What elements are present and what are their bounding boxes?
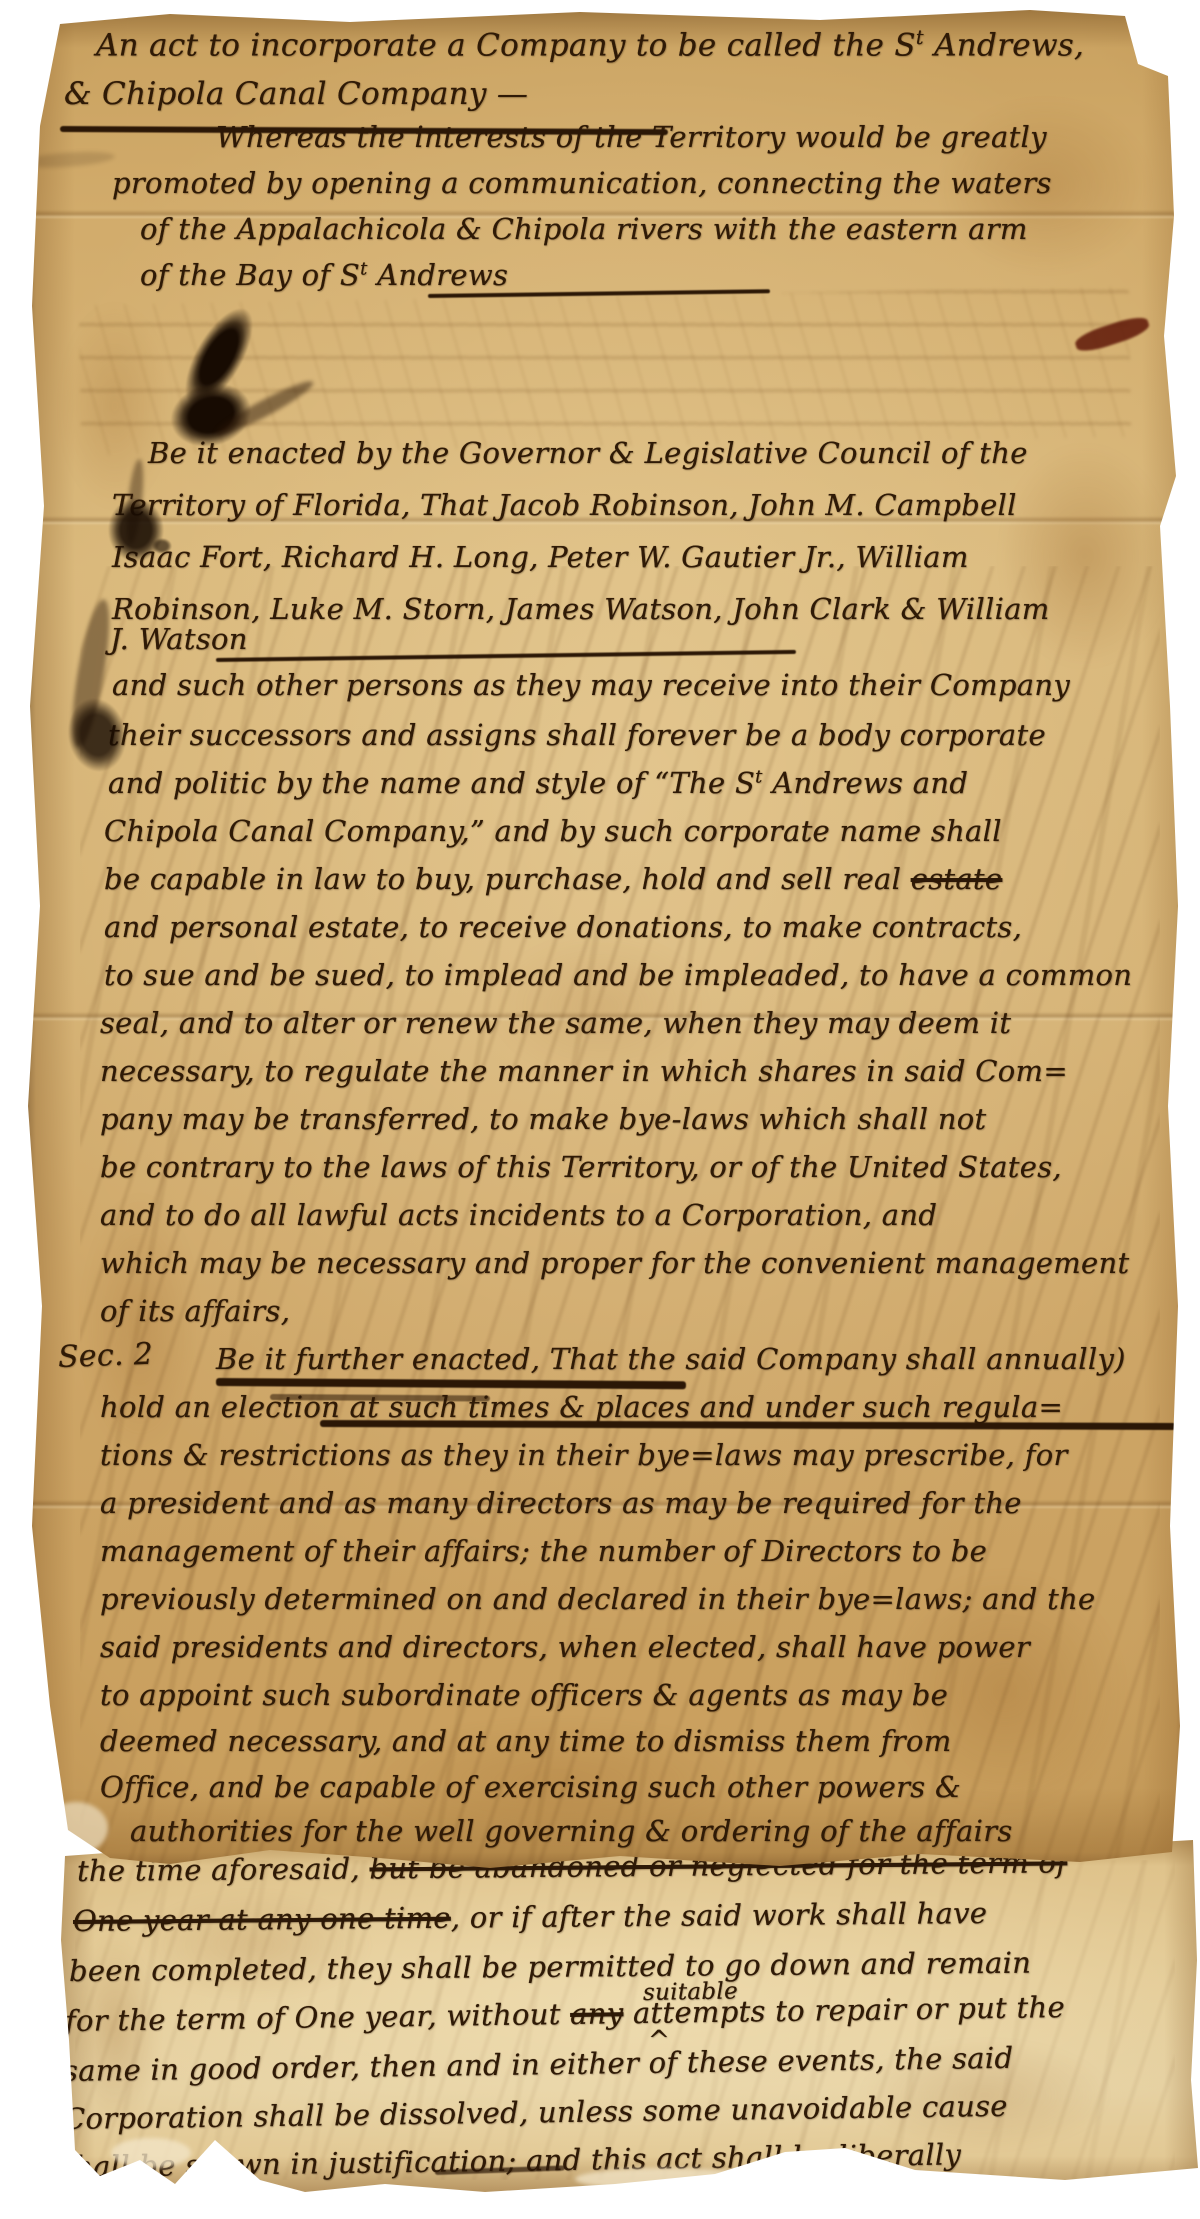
manuscript-line: pany may be transferred, to make bye-law… xyxy=(100,1102,987,1136)
manuscript-line: An act to incorporate a Company to be ca… xyxy=(96,26,1084,63)
red-ink-mark xyxy=(1073,313,1151,356)
manuscript-line: One year at any one time, or if after th… xyxy=(73,1896,988,1938)
ink-stroke xyxy=(216,650,796,662)
manuscript-line: authorities for the well governing & ord… xyxy=(130,1814,1013,1848)
manuscript-line: a president and as many directors as may… xyxy=(100,1486,1022,1520)
manuscript-page-1: An act to incorporate a Company to be ca… xyxy=(20,6,1190,1878)
manuscript-line: tions & restrictions as they in their by… xyxy=(100,1438,1068,1472)
manuscript-line: shall be shewn in justification; and thi… xyxy=(59,2137,962,2184)
manuscript-line: & Chipola Canal Company — xyxy=(64,76,528,112)
manuscript-line: Whereas the interests of the Territory w… xyxy=(216,120,1047,154)
manuscript-line: of the Appalachicola & Chipola rivers wi… xyxy=(140,212,1028,246)
bleed-through-overlay xyxy=(79,287,1131,455)
manuscript-line: promoted by opening a communication, con… xyxy=(112,166,1052,200)
manuscript-line: their successors and assigns shall forev… xyxy=(108,718,1046,752)
manuscript-page-2: the time aforesaid, but be abandoned or … xyxy=(55,1840,1200,2196)
manuscript-line: Robinson, Luke M. Storn, James Watson, J… xyxy=(112,592,1050,626)
manuscript-line: said presidents and directors, when elec… xyxy=(100,1630,1030,1664)
manuscript-line: which may be necessary and proper for th… xyxy=(100,1246,1129,1280)
ink-smear xyxy=(20,149,116,170)
manuscript-line: to sue and be sued, to implead and be im… xyxy=(104,958,1132,992)
manuscript-line: for the term of One year, without any at… xyxy=(65,1990,1065,2038)
manuscript-line: Chipola Canal Company,” and by such corp… xyxy=(104,814,1002,848)
ink-stroke xyxy=(216,1378,686,1389)
manuscript-line: and to do all lawful acts incidents to a… xyxy=(100,1198,937,1232)
manuscript-line: J. Watson xyxy=(110,622,248,656)
manuscript-line: and politic by the name and style of “Th… xyxy=(108,766,968,800)
manuscript-line: been completed, they shall be permitted … xyxy=(69,1946,1031,1988)
manuscript-line: Be it further enacted, That the said Com… xyxy=(216,1342,1126,1376)
manuscript-line: same in good order, then and in either o… xyxy=(63,2041,1014,2088)
manuscript-line: and such other persons as they may recei… xyxy=(112,668,1070,702)
manuscript-line: be capable in law to buy, purchase, hold… xyxy=(104,862,1002,896)
manuscript-line: of the Bay of St Andrews xyxy=(140,258,508,292)
manuscript-line: Office, and be capable of exercising suc… xyxy=(100,1770,961,1804)
paper-stain xyxy=(95,1870,415,2020)
manuscript-line: Be it enacted by the Governor & Legislat… xyxy=(148,436,1028,470)
manuscript-line: be contrary to the laws of this Territor… xyxy=(100,1150,1062,1184)
manuscript-line: and personal estate, to receive donation… xyxy=(104,910,1022,944)
ink-smear xyxy=(212,375,317,441)
manuscript-line: deemed necessary, and at any time to dis… xyxy=(100,1724,952,1758)
manuscript-line: hold an election at such times & places … xyxy=(100,1390,1063,1424)
manuscript-line: of its affairs, xyxy=(100,1294,290,1328)
manuscript-line: Corporation shall be dissolved, unless s… xyxy=(63,2089,1008,2136)
manuscript-line: management of their affairs; the number … xyxy=(100,1534,987,1568)
manuscript-line: previously determined on and declared in… xyxy=(100,1582,1096,1616)
manuscript-line: Territory of Florida, That Jacob Robinso… xyxy=(112,488,1017,522)
torn-paper-highlight xyxy=(44,1802,108,1854)
manuscript-line: seal, and to alter or renew the same, wh… xyxy=(100,1006,1011,1040)
document-scan: An act to incorporate a Company to be ca… xyxy=(0,0,1200,2219)
manuscript-line: Isaac Fort, Richard H. Long, Peter W. Ga… xyxy=(112,540,969,574)
manuscript-line: to appoint such subordinate officers & a… xyxy=(100,1678,948,1712)
ink-blot xyxy=(172,298,267,416)
manuscript-line: Sec. 2 xyxy=(57,1337,153,1375)
manuscript-line: necessary, to regulate the manner in whi… xyxy=(100,1054,1068,1088)
